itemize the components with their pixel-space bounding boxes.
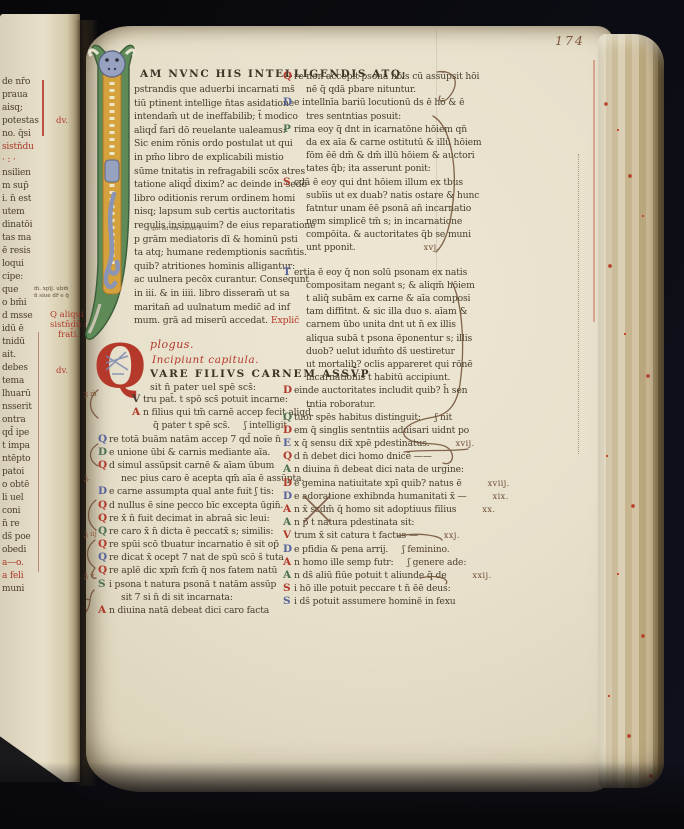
- capitulum-line: fōm ēē dm̄ & dm̄ illū hōiem & auctori: [283, 149, 573, 162]
- facing-text-fragment: a—o.: [2, 557, 72, 570]
- facing-text-fragment: loqui: [2, 258, 72, 271]
- capitulum-line: nē q̄ qdā pbare nituntur.: [283, 83, 573, 96]
- facing-text-fragment: tas ma: [2, 232, 72, 245]
- capitulum-line: De adoratione exhibnda humanitati x̄ —xi…: [283, 490, 573, 503]
- capitulum-line: Deinde auctoritates includit quib? h̄ se…: [283, 384, 573, 397]
- interlinear-gloss: ʃ qm̄ ād oīa ī scdō lī: [148, 226, 202, 232]
- facing-text-fragment: ds̄ poe: [2, 531, 72, 544]
- paraph-mark: ʒ m̄: [84, 390, 97, 398]
- capitulum-line: Ex q̄ sensu dix̄ xpē pdestinatus.xvij.: [283, 437, 573, 450]
- capitulum-line: An ds̄ aliū fiūe potuit t aliunde q̄ dex…: [283, 569, 573, 582]
- capitulum-line: incarnationis t habitū accipiunt.: [283, 371, 573, 384]
- facing-text-fragment: sistn̄du: [2, 141, 72, 154]
- capitulum-line: da ex aīa & carne ostitutū & illū hōiem: [283, 136, 573, 149]
- fore-edge-page-stack: [598, 34, 664, 788]
- capitulum-line: Tertia ē eoy q̄ non solū psonam ex natis: [283, 266, 573, 279]
- facing-text-fragment: · : ·: [2, 154, 72, 167]
- facing-text-fragment: muni: [2, 583, 72, 596]
- initial-i-artwork: [84, 42, 140, 344]
- capitulum-line: Si ds̄ potuit assumere hominē in fexu: [283, 595, 573, 608]
- facing-text-fragment: praua: [2, 89, 72, 102]
- capitulum-line: compōita. & auctoritates q̄b se muni: [283, 228, 573, 241]
- facing-page-edge: de nr̄o praua aisq; potestas no. q̄si si…: [0, 14, 80, 782]
- capitulum-line: An p̄ t natura pdestinata sit:: [283, 516, 573, 529]
- capitulum-line: Qd n̄ debet dici homo dnicē ——: [283, 450, 573, 463]
- q-infill-pattern: [104, 350, 130, 376]
- facing-text-fragment: i. n̄ est: [2, 193, 72, 206]
- facing-text-fragment: nsilien: [2, 167, 72, 180]
- capitulum-line: tam diffitnt. & sic illa duo s. aīam &: [283, 305, 573, 318]
- capitulum-line: An x̄ scdm̄ q̄ homo sit adoptiuus filius…: [283, 503, 573, 516]
- facing-text-fragment: a feli: [2, 570, 72, 583]
- capitulum-line: Vtrum x̄ sit catura t factus —xxj.: [283, 529, 573, 542]
- folio-number: 174: [555, 33, 585, 48]
- incipit-capitula-rubric: Incipiunt capitula.: [152, 354, 259, 366]
- capitulum-line: compositam negant s; & aliqm̄ hōiem: [283, 279, 573, 292]
- facing-text-fragment: de nr̄o: [2, 76, 72, 89]
- paraph-mark: ʒ v̄: [84, 572, 94, 580]
- capitulum-line: De gemina natiuitate xpī quib? natus ēxv…: [283, 477, 573, 490]
- capitulum-line: Qtuor spēs habitus distinguit:ʃ nit: [283, 411, 573, 424]
- capitulum-line: aliqua subā t psona ēponentur s; illis: [283, 332, 573, 345]
- capitulum-line: subīis ut ex duab? natis ostare & hunc: [283, 189, 573, 202]
- facing-text-fragment: cipe:: [2, 271, 72, 284]
- facing-text-fragment: coni: [2, 505, 72, 518]
- pricking-dots: [578, 154, 579, 454]
- capitula-list-right: Qre non accepit psona hōis cū assūpsit h…: [283, 70, 573, 609]
- paraph-mark: ʒ.: [84, 474, 90, 482]
- capitulum-line: tntia roboratur.: [283, 398, 573, 411]
- capitulum-line: Scdā ē eoy qui dnt hōiem illum ex tbus: [283, 176, 573, 189]
- facing-text-fragment: m sup̄: [2, 180, 72, 193]
- facing-text-fragment: nsserit: [2, 401, 72, 414]
- manuscript-page: 174 I AM NVNC H: [86, 26, 612, 792]
- facing-text-fragment: ntēpto: [2, 453, 72, 466]
- left-connector-2: [91, 444, 99, 466]
- facing-text-fragment: tema: [2, 375, 72, 388]
- capitulum-line: ut mortalib? oclis appareret qui rōnē: [283, 358, 573, 371]
- explicit-prologus: plogus.: [150, 338, 194, 351]
- capitulum-line: De pfidia & pena arrij.ʃ feminino.: [283, 543, 573, 556]
- capitulum-line: fatntur unam ēē psonā an̄ incarnatio: [283, 202, 573, 215]
- facing-text-fragment: ontra: [2, 414, 72, 427]
- left-connector-3: [89, 500, 97, 530]
- capitulum-line: Dem q̄ singlis sentntiis aduisari uidnt …: [283, 424, 573, 437]
- facing-text-fragment: no. q̄si: [2, 128, 72, 141]
- paraph-mark: ʒ iij: [84, 530, 97, 538]
- facing-text-fragment: t impa: [2, 440, 72, 453]
- capitulum-line: Qre non accepit psona hōis cū assūpsit h…: [283, 70, 573, 83]
- facing-text-fragment: patoi: [2, 466, 72, 479]
- facing-text-fragment: o obtē: [2, 479, 72, 492]
- manuscript-photo: de nr̄o praua aisq; potestas no. q̄si si…: [0, 0, 684, 829]
- facing-text-fragment: obedi: [2, 544, 72, 557]
- facing-text-fragment: ē resis: [2, 245, 72, 258]
- facing-text-fragment: li uel: [2, 492, 72, 505]
- capitulum-line: duob? uelut idum̄to ds̄ uestiretur: [283, 345, 573, 358]
- facing-text-fragment: qd̄ ipe: [2, 427, 72, 440]
- facing-text-fragment: utem: [2, 206, 72, 219]
- marginal-gloss-tiny: m̄. xpīj. ubm̄ n̄ siue dr̄ e q̄: [34, 286, 69, 299]
- capitulum-line: unt pponit.xvj.: [283, 241, 573, 254]
- facing-text-fragment: lhuarū: [2, 388, 72, 401]
- red-edge-stain: [593, 60, 595, 322]
- capitulum-line: De intellnīa bariū locutionū ds ē hō & ē: [283, 96, 573, 109]
- capitulum-line: tates q̄b; ita asserunt ponit:: [283, 162, 573, 175]
- facing-text-fragment: ait.: [2, 349, 72, 362]
- capitulum-line: carnem ūbo unita dnt ut n̄ ex illis: [283, 318, 573, 331]
- capitulum-line: Si hō ille potuit peccare t n̄ ēē deus:: [283, 582, 573, 595]
- illuminated-initial-i: I: [84, 42, 140, 344]
- facing-text-fragment: n̄ re: [2, 518, 72, 531]
- pen-leaf-doodle: [86, 590, 94, 612]
- capitulum-line: An diuina n̄ debeat dici nata de urgine:: [283, 463, 573, 476]
- capitulum-line: Prima eoy q̄ dnt in icarnatōne hōiem qn̄: [283, 123, 573, 136]
- capitulum-line: nem simplicē tm̄ s; in incarnatione: [283, 215, 573, 228]
- marginal-note-dv: dv.: [56, 116, 68, 126]
- capitula-heading-line2: sit n̄ pater uel spē scs̄:: [150, 382, 256, 393]
- capitulum-line: t aliq̄ subām ex carne & aīa composi: [283, 292, 573, 305]
- capitulum-line: An homo ille semp futr:ʃ genere ade:: [283, 556, 573, 569]
- facing-text-fragment: aisq;: [2, 102, 72, 115]
- marginal-note-dv2: dv.: [56, 366, 68, 376]
- capitulum-line: tres sentntias posuit:: [283, 110, 573, 123]
- facing-text-fragment: dinatōi: [2, 219, 72, 232]
